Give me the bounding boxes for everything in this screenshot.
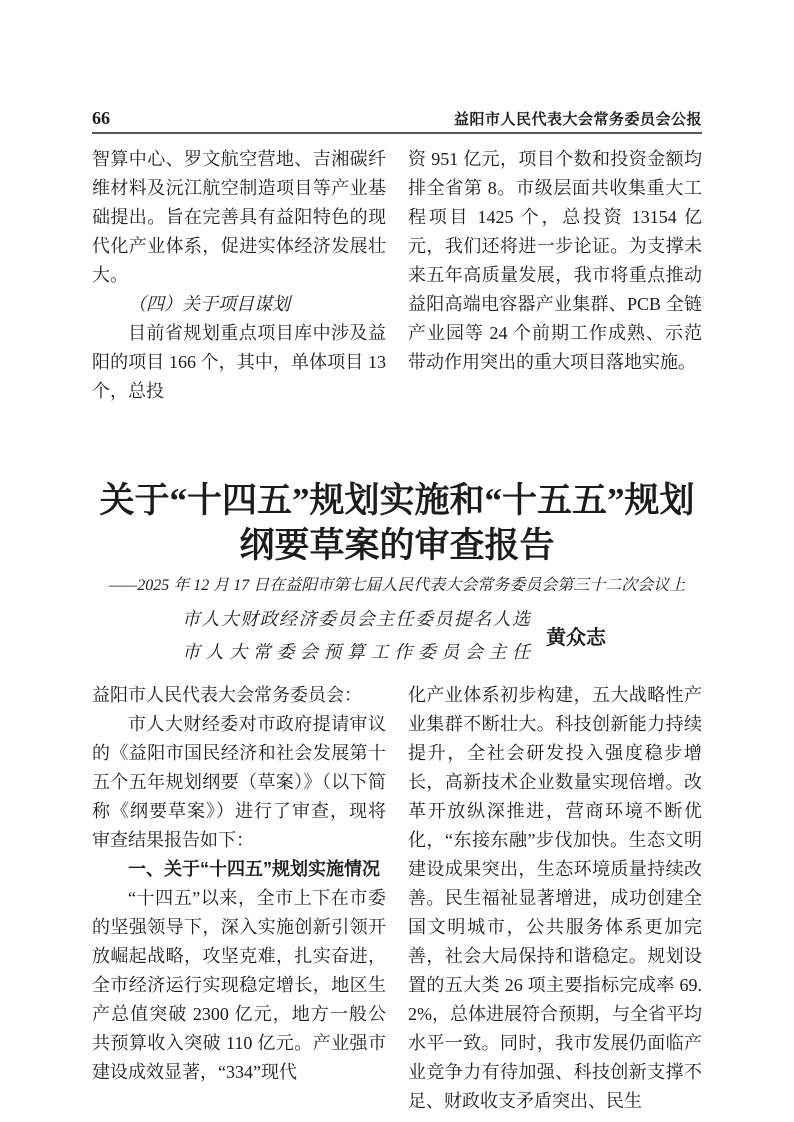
signer-role-line-2: 市人大常委会预算工作委员会主任 <box>182 642 530 662</box>
subsection-heading-kaiti: （四）关于项目谋划 <box>92 290 386 319</box>
paragraph: 资 951 亿元，项目个数和投资金额均排全省第 8。市级层面共收集重大工程项目 … <box>408 145 702 377</box>
byline-block: 市人大财政经济委员会主任委员提名人选 市人大常委会预算工作委员会主任 黄众志 <box>182 609 702 662</box>
signer-roles: 市人大财政经济委员会主任委员提名人选 市人大常委会预算工作委员会主任 <box>182 609 530 662</box>
section-heading: 一、关于“十四五”规划实施情况 <box>92 855 386 884</box>
article-subtitle: ——2025 年 12 月 17 日在益阳市第七届人民代表大会常务委员会第三十二… <box>92 576 702 596</box>
body-right-column: 化产业体系初步构建，五大战略性产业集群不断壮大。科技创新能力持续提升，全社会研发… <box>408 681 702 1116</box>
paragraph: 化产业体系初步构建，五大战略性产业集群不断壮大。科技创新能力持续提升，全社会研发… <box>408 681 702 1116</box>
salutation: 益阳市人民代表大会常务委员会： <box>92 681 386 710</box>
page-header: 66 益阳市人民代表大会常务委员会公报 <box>92 0 702 134</box>
body-left-column: 益阳市人民代表大会常务委员会： 市人大财经委对市政府提请审议的《益阳市国民经济和… <box>92 681 386 1116</box>
article-body-section: 益阳市人民代表大会常务委员会： 市人大财经委对市政府提请审议的《益阳市国民经济和… <box>92 681 702 1116</box>
paragraph: 市人大财经委对市政府提请审议的《益阳市国民经济和社会发展第十五个五年规划纲要（草… <box>92 710 386 855</box>
publication-title: 益阳市人民代表大会常务委员会公报 <box>454 108 702 129</box>
page-number: 66 <box>92 108 110 129</box>
signer-role-line-1: 市人大财政经济委员会主任委员提名人选 <box>182 609 530 629</box>
paragraph: 目前省规划重点项目库中涉及益阳的项目 166 个，其中，单体项目 13 个，总投 <box>92 319 386 406</box>
signer-name: 黄众志 <box>546 621 606 650</box>
document-page: 66 益阳市人民代表大会常务委员会公报 智算中心、罗文航空营地、吉湘碳纤维材料及… <box>0 0 794 1122</box>
paragraph: 智算中心、罗文航空营地、吉湘碳纤维材料及沅江航空制造项目等产业基础提出。旨在完善… <box>92 145 386 290</box>
top-left-column: 智算中心、罗文航空营地、吉湘碳纤维材料及沅江航空制造项目等产业基础提出。旨在完善… <box>92 145 386 406</box>
page-content: 66 益阳市人民代表大会常务委员会公报 智算中心、罗文航空营地、吉湘碳纤维材料及… <box>92 0 702 1116</box>
article-title-line-1: 关于“十四五”规划实施和“十五五”规划 <box>92 478 702 523</box>
continued-article-section: 智算中心、罗文航空营地、吉湘碳纤维材料及沅江航空制造项目等产业基础提出。旨在完善… <box>92 145 702 406</box>
paragraph: “十四五”以来，全市上下在市委的坚强领导下，深入实施创新引领开放崛起战略，攻坚克… <box>92 884 386 1087</box>
article-title-line-2: 纲要草案的审查报告 <box>92 523 702 568</box>
top-right-column: 资 951 亿元，项目个数和投资金额均排全省第 8。市级层面共收集重大工程项目 … <box>408 145 702 406</box>
article-title: 关于“十四五”规划实施和“十五五”规划 纲要草案的审查报告 <box>92 478 702 568</box>
